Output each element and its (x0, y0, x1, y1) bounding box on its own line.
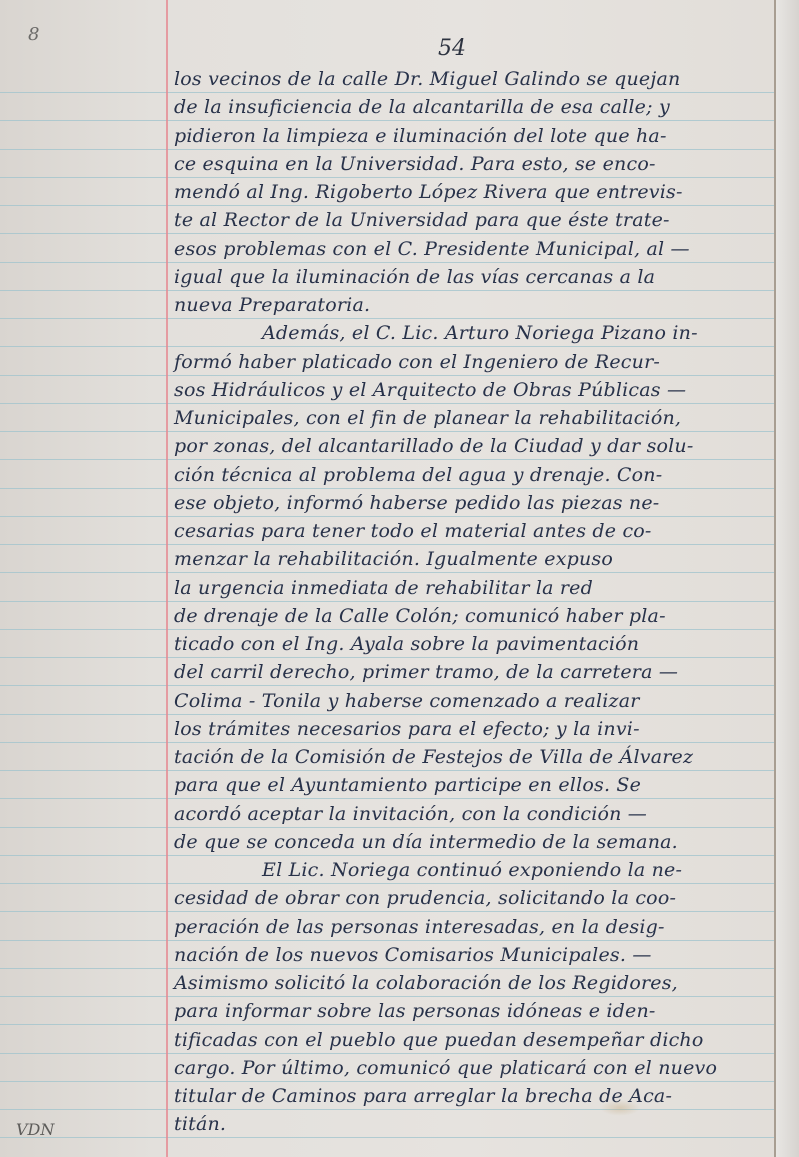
ruled-line (0, 403, 774, 404)
text-line: nueva Preparatoria. (174, 294, 764, 316)
text-line: acordó aceptar la invitación, con la con… (174, 803, 764, 825)
ruled-line (0, 714, 774, 715)
text-line: tación de la Comisión de Festejos de Vil… (174, 746, 764, 768)
text-line: de que se conceda un día intermedio de l… (174, 831, 764, 853)
text-line: para informar sobre las personas idóneas… (174, 1000, 764, 1022)
text-line: la urgencia inmediata de rehabilitar la … (174, 577, 764, 599)
ruled-line (0, 262, 774, 263)
text-line: titán. (174, 1113, 764, 1135)
ruled-line (0, 544, 774, 545)
text-line: para que el Ayuntamiento participe en el… (174, 774, 764, 796)
ruled-line (0, 516, 774, 517)
text-line: pidieron la limpieza e iluminación del l… (174, 125, 764, 147)
ruled-line (0, 92, 774, 93)
ruled-line (0, 233, 774, 234)
text-line: menzar la rehabilitación. Igualmente exp… (174, 548, 764, 570)
ruled-line (0, 177, 774, 178)
text-line: Municipales, con el fin de planear la re… (174, 407, 764, 429)
ruled-line (0, 855, 774, 856)
ruled-line (0, 1109, 774, 1110)
text-line: esos problemas con el C. Presidente Muni… (174, 238, 764, 260)
ruled-line (0, 488, 774, 489)
ruled-line (0, 657, 774, 658)
ruled-line (0, 685, 774, 686)
ruled-line (0, 629, 774, 630)
page-number: 54 (438, 36, 466, 61)
text-line: mendó al Ing. Rigoberto López Rivera que… (174, 181, 764, 203)
ruled-line (0, 798, 774, 799)
text-line: cesarias para tener todo el material ant… (174, 520, 764, 542)
text-line: te al Rector de la Universidad para que … (174, 209, 764, 231)
text-line: ese objeto, informó haberse pedido las p… (174, 492, 764, 514)
ruled-line (0, 375, 774, 376)
text-line: Además, el C. Lic. Arturo Noriega Pizano… (262, 322, 764, 344)
ruled-line (0, 1081, 774, 1082)
text-line: del carril derecho, primer tramo, de la … (174, 661, 764, 683)
ruled-line (0, 1137, 774, 1138)
ruled-line (0, 911, 774, 912)
text-line: cesidad de obrar con prudencia, solicita… (174, 887, 764, 909)
ruled-line (0, 149, 774, 150)
ruled-line (0, 290, 774, 291)
ruled-line (0, 940, 774, 941)
text-line: igual que la iluminación de las vías cer… (174, 266, 764, 288)
text-line: ce esquina en la Universidad. Para esto,… (174, 153, 764, 175)
text-line: titular de Caminos para arreglar la brec… (174, 1085, 764, 1107)
ruled-line (0, 205, 774, 206)
text-line: El Lic. Noriega continuó exponiendo la n… (262, 859, 764, 881)
ledger-page: 8 54 los vecinos de la calle Dr. Miguel … (0, 0, 776, 1157)
text-line: peración de las personas interesadas, en… (174, 916, 764, 938)
ruled-line (0, 742, 774, 743)
ruled-line (0, 770, 774, 771)
text-line: tificadas con el pueblo que puedan desem… (174, 1029, 764, 1051)
ruled-line (0, 601, 774, 602)
text-line: ción técnica al problema del agua y dren… (174, 464, 764, 486)
text-line: de drenaje de la Calle Colón; comunicó h… (174, 605, 764, 627)
text-line: sos Hidráulicos y el Arquitecto de Obras… (174, 379, 764, 401)
ruled-line (0, 120, 774, 121)
page-edge (776, 0, 799, 1157)
ruled-line (0, 431, 774, 432)
margin-line (166, 0, 168, 1157)
ruled-line (0, 572, 774, 573)
text-line: formó haber platicado con el Ingeniero d… (174, 351, 764, 373)
ruled-line (0, 1024, 774, 1025)
text-line: por zonas, del alcantarillado de la Ciud… (174, 435, 764, 457)
ruled-line (0, 883, 774, 884)
ruled-line (0, 346, 774, 347)
text-line: los trámites necesarios para el efecto; … (174, 718, 764, 740)
ruled-line (0, 318, 774, 319)
paper-stain (600, 1100, 640, 1116)
ruled-line (0, 459, 774, 460)
text-line: ticado con el Ing. Ayala sobre la pavime… (174, 633, 764, 655)
ruled-line (0, 968, 774, 969)
text-line: de la insuficiencia de la alcantarilla d… (174, 96, 764, 118)
text-line: nación de los nuevos Comisarios Municipa… (174, 944, 764, 966)
text-line: Colima - Tonila y haberse comenzado a re… (174, 690, 764, 712)
corner-mark: 8 (28, 24, 39, 45)
text-line: Asimismo solicitó la colaboración de los… (174, 972, 764, 994)
marginal-initials: VDN (16, 1120, 54, 1139)
text-line: los vecinos de la calle Dr. Miguel Galin… (174, 68, 764, 90)
ruled-line (0, 996, 774, 997)
text-line: cargo. Por último, comunicó que platicar… (174, 1057, 764, 1079)
ruled-line (0, 827, 774, 828)
ruled-line (0, 1053, 774, 1054)
